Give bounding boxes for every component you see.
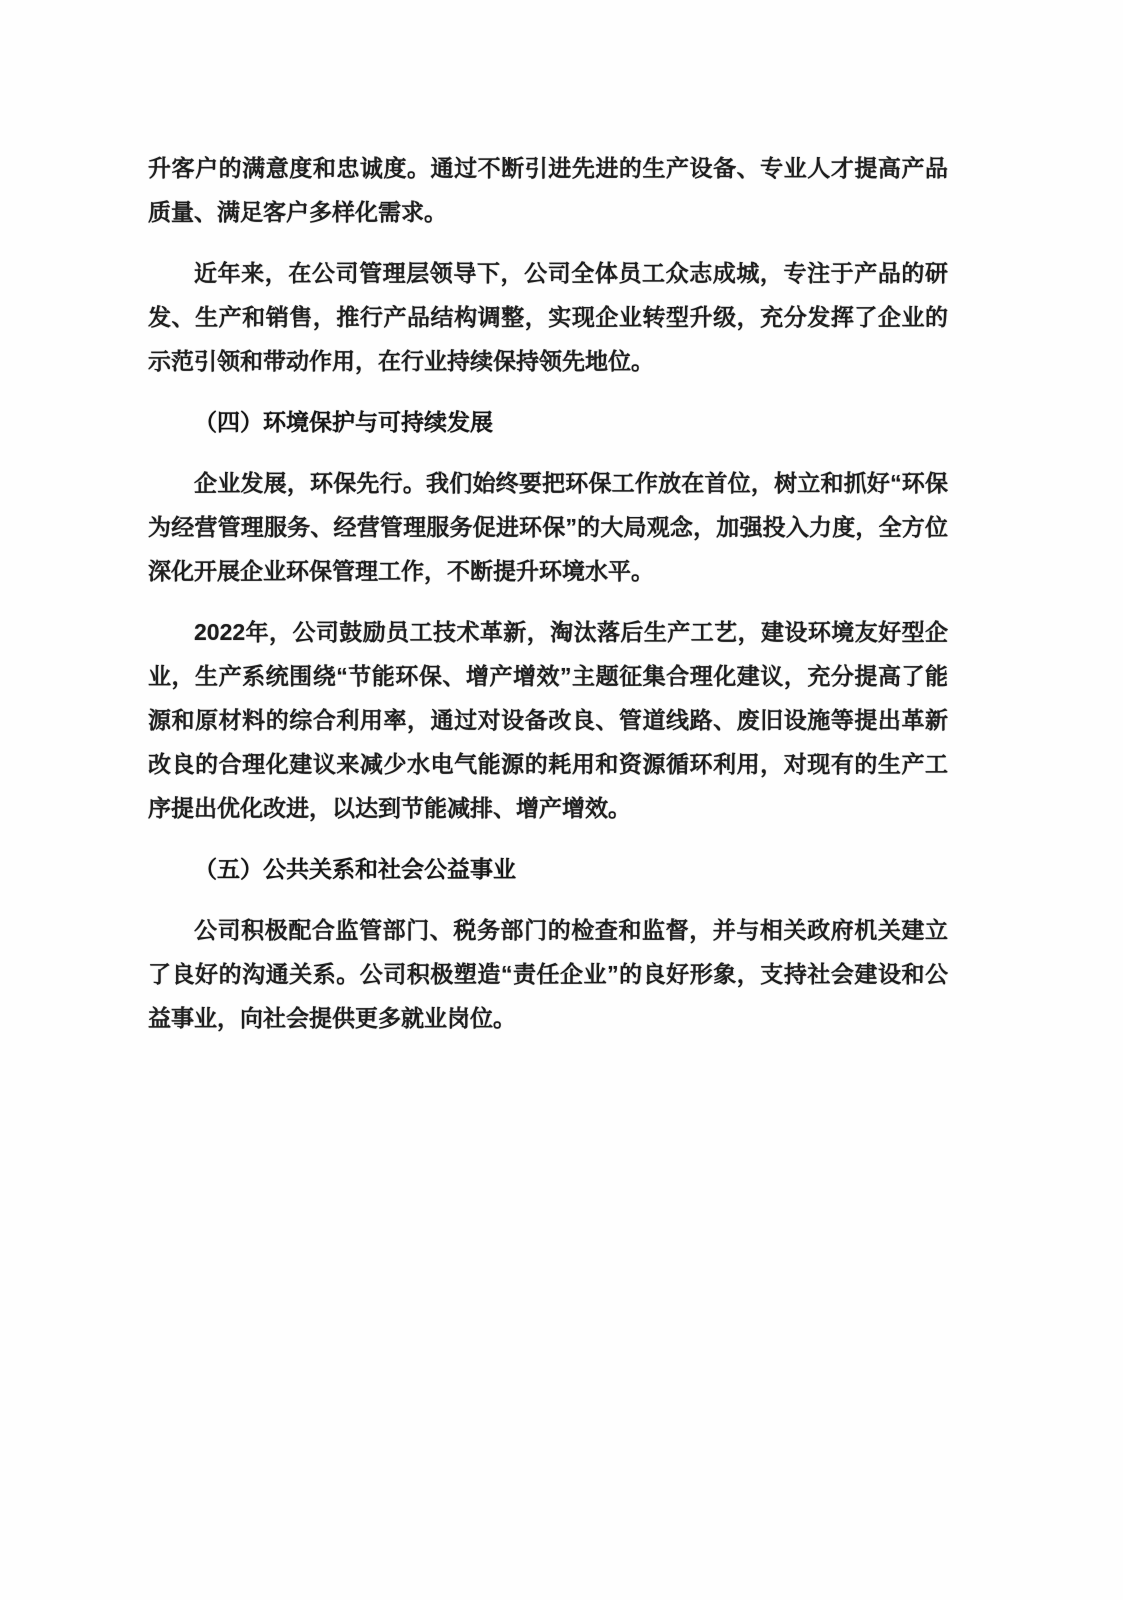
paragraph-customer-satisfaction: 升客户的满意度和忠诚度。通过不断引进先进的生产设备、专业人才提高产品质量、满足客… [148, 146, 948, 234]
document-page: 升客户的满意度和忠诚度。通过不断引进先进的生产设备、专业人才提高产品质量、满足客… [0, 0, 1123, 1600]
section-heading-five-public-relations: （五）公共关系和社会公益事业 [148, 847, 948, 891]
paragraph-2022-innovation: 2022年，公司鼓励员工技术革新，淘汰落后生产工艺，建设环境友好型企业，生产系统… [148, 610, 948, 830]
paragraph-environment-first: 企业发展，环保先行。我们始终要把环保工作放在首位，树立和抓好“环保为经营管理服务… [148, 461, 948, 593]
paragraph-public-welfare: 公司积极配合监管部门、税务部门的检查和监督，并与相关政府机关建立了良好的沟通关系… [148, 908, 948, 1040]
paragraph-recent-years: 近年来，在公司管理层领导下，公司全体员工众志成城，专注于产品的研发、生产和销售，… [148, 251, 948, 383]
section-heading-four-environment: （四）环境保护与可持续发展 [148, 400, 948, 444]
page-content: 升客户的满意度和忠诚度。通过不断引进先进的生产设备、专业人才提高产品质量、满足客… [148, 146, 948, 1057]
